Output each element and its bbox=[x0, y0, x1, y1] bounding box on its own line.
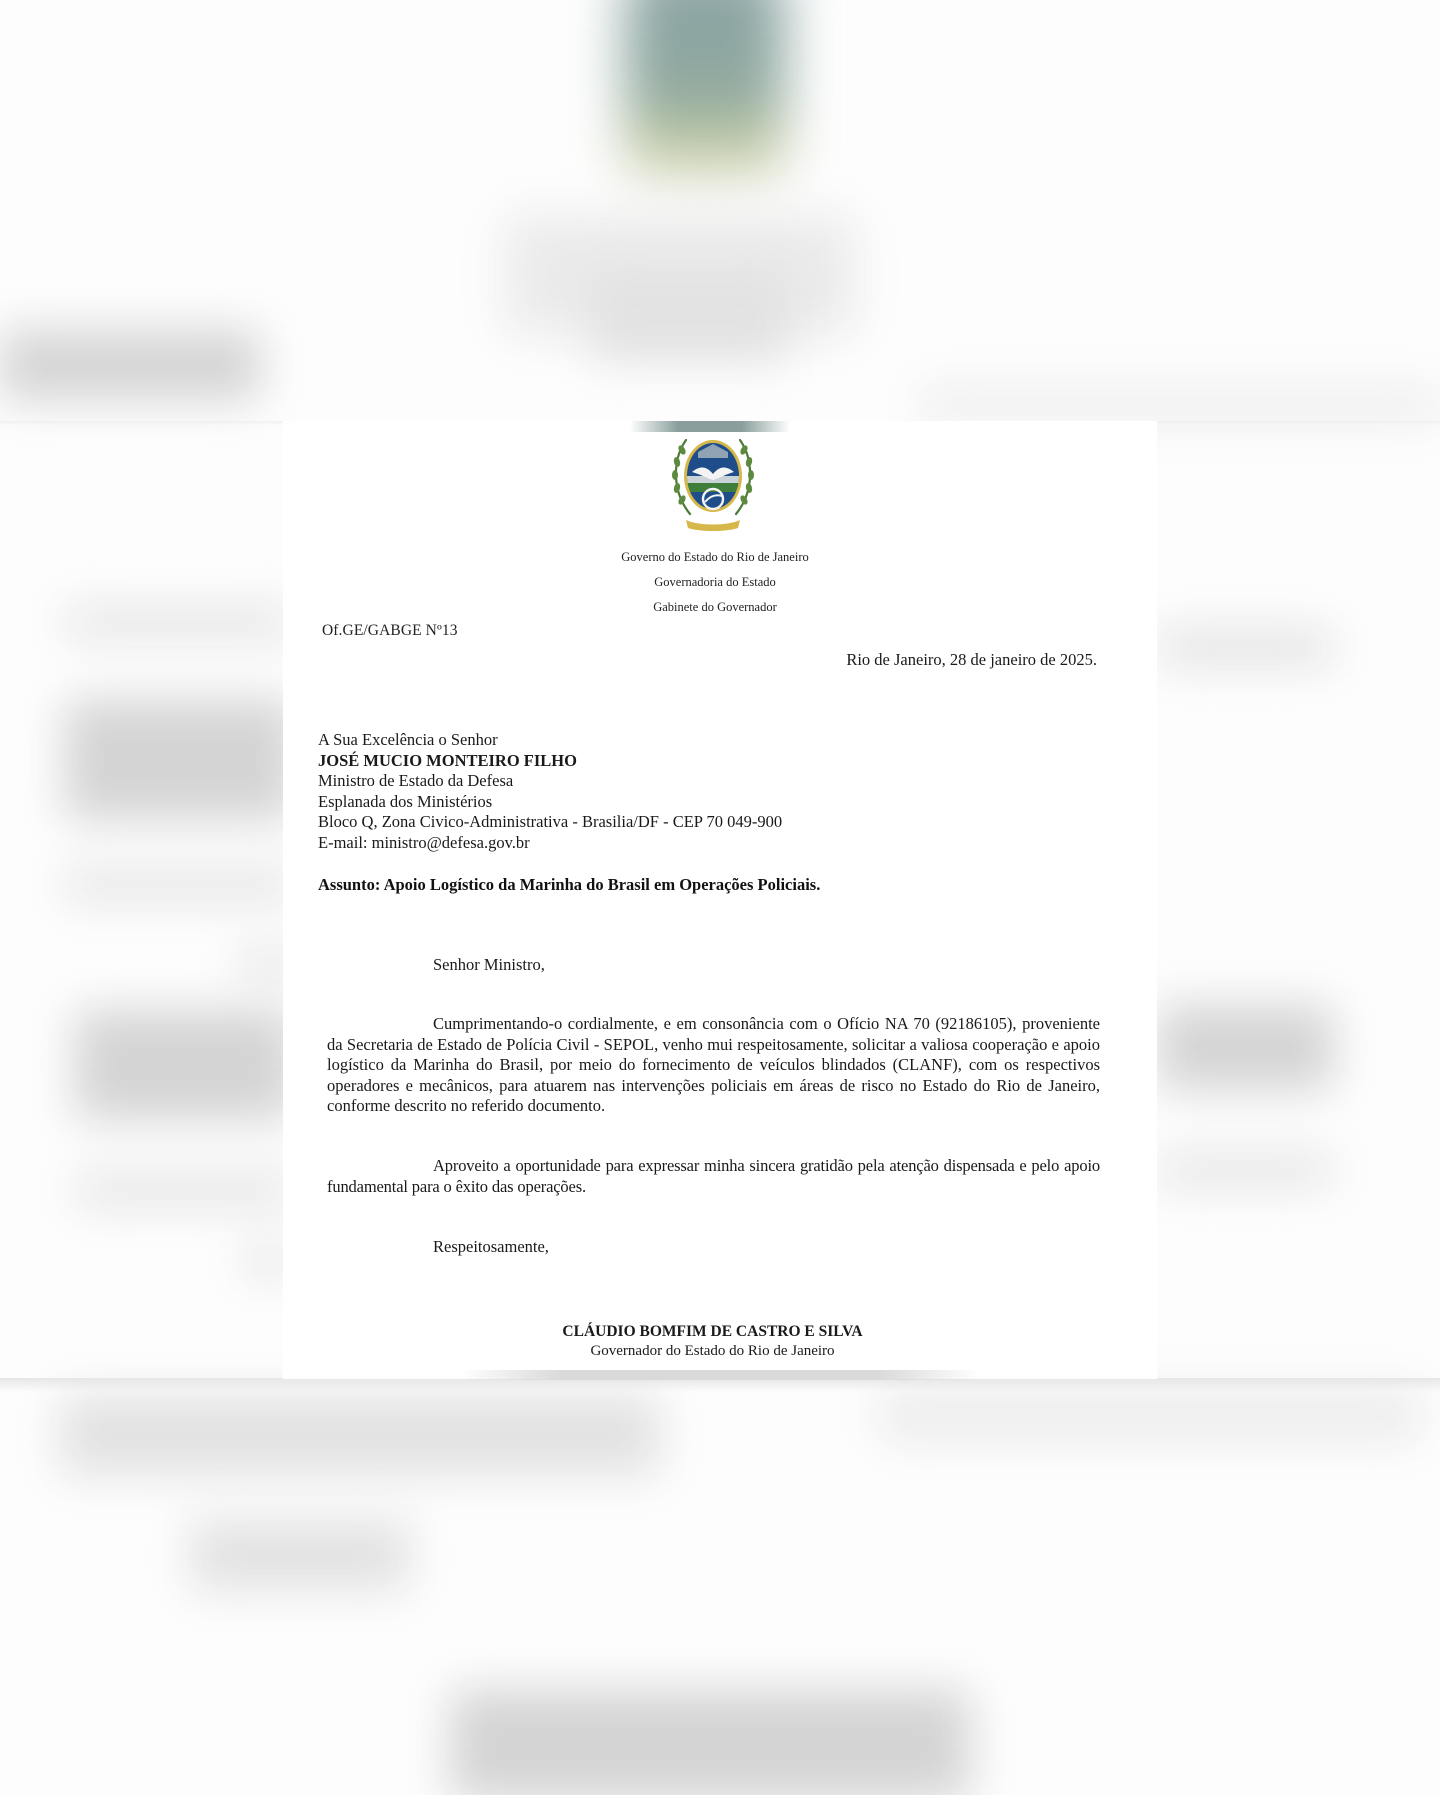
document-reference: Of.GE/GABGE Nº13 bbox=[322, 622, 458, 640]
blurred-text-block bbox=[65, 608, 295, 638]
blurred-text-block bbox=[65, 700, 295, 820]
signatory-name: CLÁUDIO BOMFIM DE CASTRO E SILVA bbox=[500, 1322, 925, 1342]
page-bottom-shadow bbox=[460, 1370, 980, 1380]
letterhead-line-government: Governo do Estado do Rio de Janeiro bbox=[560, 545, 870, 570]
signatory-title: Governador do Estado do Rio de Janeiro bbox=[500, 1342, 925, 1361]
state-coat-of-arms-icon bbox=[668, 430, 758, 534]
blurred-emblem bbox=[625, 0, 785, 190]
blurred-text-block bbox=[0, 330, 260, 400]
addressee-name: JOSÉ MUCIO MONTEIRO FILHO bbox=[318, 751, 782, 772]
body-paragraph-2: Aproveito a oportunidade para expressar … bbox=[327, 1156, 1100, 1197]
signature-block: CLÁUDIO BOMFIM DE CASTRO E SILVA Governa… bbox=[500, 1322, 925, 1361]
blurred-text-block bbox=[190, 1520, 410, 1590]
blurred-text-block bbox=[450, 1690, 970, 1795]
letterhead-line-governorship: Governadoria do Estado bbox=[560, 570, 870, 595]
addressee-address-1: Esplanada dos Ministérios bbox=[318, 792, 782, 813]
blurred-text-block bbox=[880, 1390, 1420, 1440]
addressee-email: E-mail: ministro@defesa.gov.br bbox=[318, 833, 782, 854]
blurred-text-block bbox=[1158, 630, 1333, 665]
closing: Respeitosamente, bbox=[433, 1237, 549, 1257]
addressee-salutation: A Sua Excelência o Senhor bbox=[318, 730, 782, 751]
blurred-text-block bbox=[75, 1010, 295, 1120]
addressee-address-2: Bloco Q, Zona Civico-Administrativa - Br… bbox=[318, 812, 782, 833]
blurred-text-block bbox=[60, 1395, 660, 1475]
letterhead: Governo do Estado do Rio de Janeiro Gove… bbox=[560, 545, 870, 620]
addressee-block: A Sua Excelência o Senhor JOSÉ MUCIO MON… bbox=[318, 730, 782, 854]
blurred-text-block bbox=[75, 1175, 295, 1205]
letterhead-line-cabinet: Gabinete do Governador bbox=[560, 595, 870, 620]
blurred-text-block bbox=[920, 390, 1440, 420]
blurred-text-block bbox=[1158, 1155, 1333, 1185]
blurred-text-block bbox=[65, 870, 295, 900]
subject-line: Assunto: Apoio Logístico da Marinha do B… bbox=[318, 875, 820, 895]
addressee-role: Ministro de Estado da Defesa bbox=[318, 771, 782, 792]
date-line: Rio de Janeiro, 28 de janeiro de 2025. bbox=[846, 650, 1097, 670]
greeting: Senhor Ministro, bbox=[433, 955, 545, 975]
blurred-text-block bbox=[590, 270, 790, 360]
body-paragraph-1: Cumprimentando-o cordialmente, e em cons… bbox=[327, 1014, 1100, 1117]
page-edge-bottom bbox=[0, 1378, 1440, 1392]
blurred-text-block bbox=[1158, 1005, 1333, 1090]
